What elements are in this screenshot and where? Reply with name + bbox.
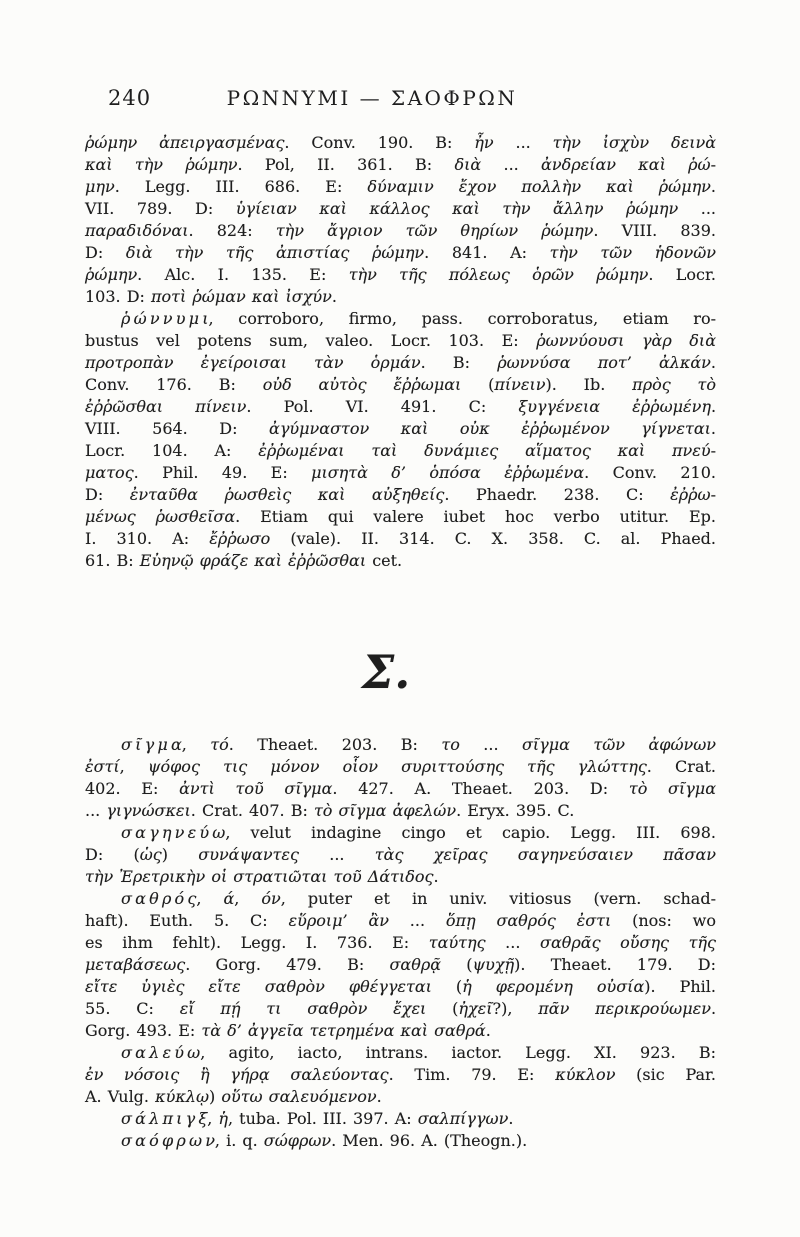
text-line: ἐν νόσοις ἢ γήρᾳ σαλεύοντας. Tim. 79. E:… (85, 1064, 716, 1086)
text-line: σ ῖ γ μ α, τό. Theaet. 203. B: το ... σῖ… (85, 734, 716, 756)
text-line: Locr. 104. A: ἐῤῥωμέναι ταὶ δυνάμιες αἵμ… (85, 440, 716, 462)
text-line: σ α θ ρ ό ς, ά, όν, puter et in univ. vi… (85, 888, 716, 910)
entry-paragraph-rhonnymi: ῥ ώ ν ν υ μ ι, corroboro, firmo, pass. c… (85, 308, 716, 572)
entry-paragraph-rhome-continuation: ῥώμην ἀπειργασμένας. Conv. 190. B: ἦν ..… (85, 132, 716, 308)
text-line: ματος. Phil. 49. E: μισητὰ δ’ ὁπόσα ἐῤῥω… (85, 462, 716, 484)
text-line: τὴν Ἐρετρικὴν οἱ στρατιῶται τοῦ Δάτιδος. (85, 866, 716, 888)
text-line: ... γιγνώσκει. Crat. 407. B: τὸ σῖγμα ἀφ… (85, 800, 716, 822)
page-header: 240 ΡΩΝΝΥΜΙ — ΣΑΟΦΡΩΝ (0, 86, 800, 112)
text-line: 61. B: Εὐηνῷ φράζε καὶ ἐῤῥῶσθαι cet. (85, 550, 716, 572)
text-line: A. Vulg. κύκλῳ) οὕτω σαλευόμενον. (85, 1086, 716, 1108)
entry-paragraph-saleuo: σ α λ ε ύ ω, agito, iacto, intrans. iact… (85, 1042, 716, 1108)
entry-paragraph-sigma-word: σ ῖ γ μ α, τό. Theaet. 203. B: το ... σῖ… (85, 734, 716, 822)
text-line: Gorg. 493. E: τὰ δ’ ἀγγεῖα τετρημένα καὶ… (85, 1020, 716, 1042)
text-line: σ ά λ π ι γ ξ, ἡ, tuba. Pol. III. 397. A… (85, 1108, 716, 1130)
text-line: μεταβάσεως. Gorg. 479. B: σαθρᾷ (ψυχῇ). … (85, 954, 716, 976)
text-line: προτροπὰν ἐγείροισαι τὰν ὁρμάν. B: ῥωννύ… (85, 352, 716, 374)
text-line: D: ἐνταῦθα ῥωσθεὶς καὶ αὐξηθείς. Phaedr.… (85, 484, 716, 506)
text-line: D: διὰ τὴν τῆς ἀπιστίας ῥώμην. 841. A: τ… (85, 242, 716, 264)
text-block-top: ῥώμην ἀπειργασμένας. Conv. 190. B: ἦν ..… (85, 132, 716, 572)
entry-paragraph-sageneuo: σ α γ η ν ε ύ ω, velut indagine cingo et… (85, 822, 716, 888)
section-heading-sigma: Σ. (0, 646, 772, 698)
text-line: 103. D: ποτὶ ῥώμαν καὶ ἰσχύν. (85, 286, 716, 308)
entry-paragraph-salpinx: σ ά λ π ι γ ξ, ἡ, tuba. Pol. III. 397. A… (85, 1108, 716, 1130)
scanned-book-page: 240 ΡΩΝΝΥΜΙ — ΣΑΟΦΡΩΝ ῥώμην ἀπειργασμένα… (0, 0, 800, 1237)
text-line: haft). Euth. 5. C: εὕροιμ’ ἂν ... ὅπῃ σα… (85, 910, 716, 932)
text-line: I. 310. A: ἔῤῥωσο (vale). II. 314. C. X.… (85, 528, 716, 550)
text-line: bustus vel potens sum, valeo. Locr. 103.… (85, 330, 716, 352)
text-line: σ α λ ε ύ ω, agito, iacto, intrans. iact… (85, 1042, 716, 1064)
entry-paragraph-sathros: σ α θ ρ ό ς, ά, όν, puter et in univ. vi… (85, 888, 716, 1042)
entry-paragraph-saophron: σ α ό φ ρ ω ν, i. q. σώφρων. Men. 96. A.… (85, 1130, 716, 1152)
text-line: es ihm fehlt). Legg. I. 736. E: ταύτης .… (85, 932, 716, 954)
text-line: VIII. 564. D: ἀγύμναστον καὶ οὐκ ἐῤῥωμέν… (85, 418, 716, 440)
text-line: καὶ τὴν ῥώμην. Pol, II. 361. B: διὰ ... … (85, 154, 716, 176)
text-line: μην. Legg. III. 686. E: δύναμιν ἔχον πολ… (85, 176, 716, 198)
text-line: VII. 789. D: ὑγίειαν καὶ κάλλος καὶ τὴν … (85, 198, 716, 220)
text-line: παραδιδόναι. 824: τὴν ἄγριον τῶν θηρίων … (85, 220, 716, 242)
text-line: 55. C: εἴ πῄ τι σαθρὸν ἔχει (ἠχεῖ?), πᾶν… (85, 998, 716, 1020)
text-line: σ α γ η ν ε ύ ω, velut indagine cingo et… (85, 822, 716, 844)
text-block-bottom: σ ῖ γ μ α, τό. Theaet. 203. B: το ... σῖ… (85, 734, 716, 1152)
text-line: D: (ὡς) συνάψαντες ... τὰς χεῖρας σαγηνε… (85, 844, 716, 866)
text-line: ῥώμην. Alc. I. 135. E: τὴν τῆς πόλεως ὁρ… (85, 264, 716, 286)
text-line: εἴτε ὑγιὲς εἴτε σαθρὸν φθέγγεται (ἡ φερο… (85, 976, 716, 998)
text-line: ῥώμην ἀπειργασμένας. Conv. 190. B: ἦν ..… (85, 132, 716, 154)
text-line: ῥ ώ ν ν υ μ ι, corroboro, firmo, pass. c… (85, 308, 716, 330)
text-line: ἐῤῥῶσθαι πίνειν. Pol. VI. 491. C: ξυγγέν… (85, 396, 716, 418)
text-line: μένως ῥωσθεῖσα. Etiam qui valere iubet h… (85, 506, 716, 528)
text-line: ἐστί, ψόφος τις μόνον οἷον συριττούσης τ… (85, 756, 716, 778)
text-line: σ α ό φ ρ ω ν, i. q. σώφρων. Men. 96. A.… (85, 1130, 716, 1152)
running-title: ΡΩΝΝΥΜΙ — ΣΑΟΦΡΩΝ (0, 86, 744, 110)
text-line: 402. E: ἀντὶ τοῦ σῖγμα. 427. A. Theaet. … (85, 778, 716, 800)
text-line: Conv. 176. B: οὐδ αὐτὸς ἔῤῥωμαι (πίνειν)… (85, 374, 716, 396)
